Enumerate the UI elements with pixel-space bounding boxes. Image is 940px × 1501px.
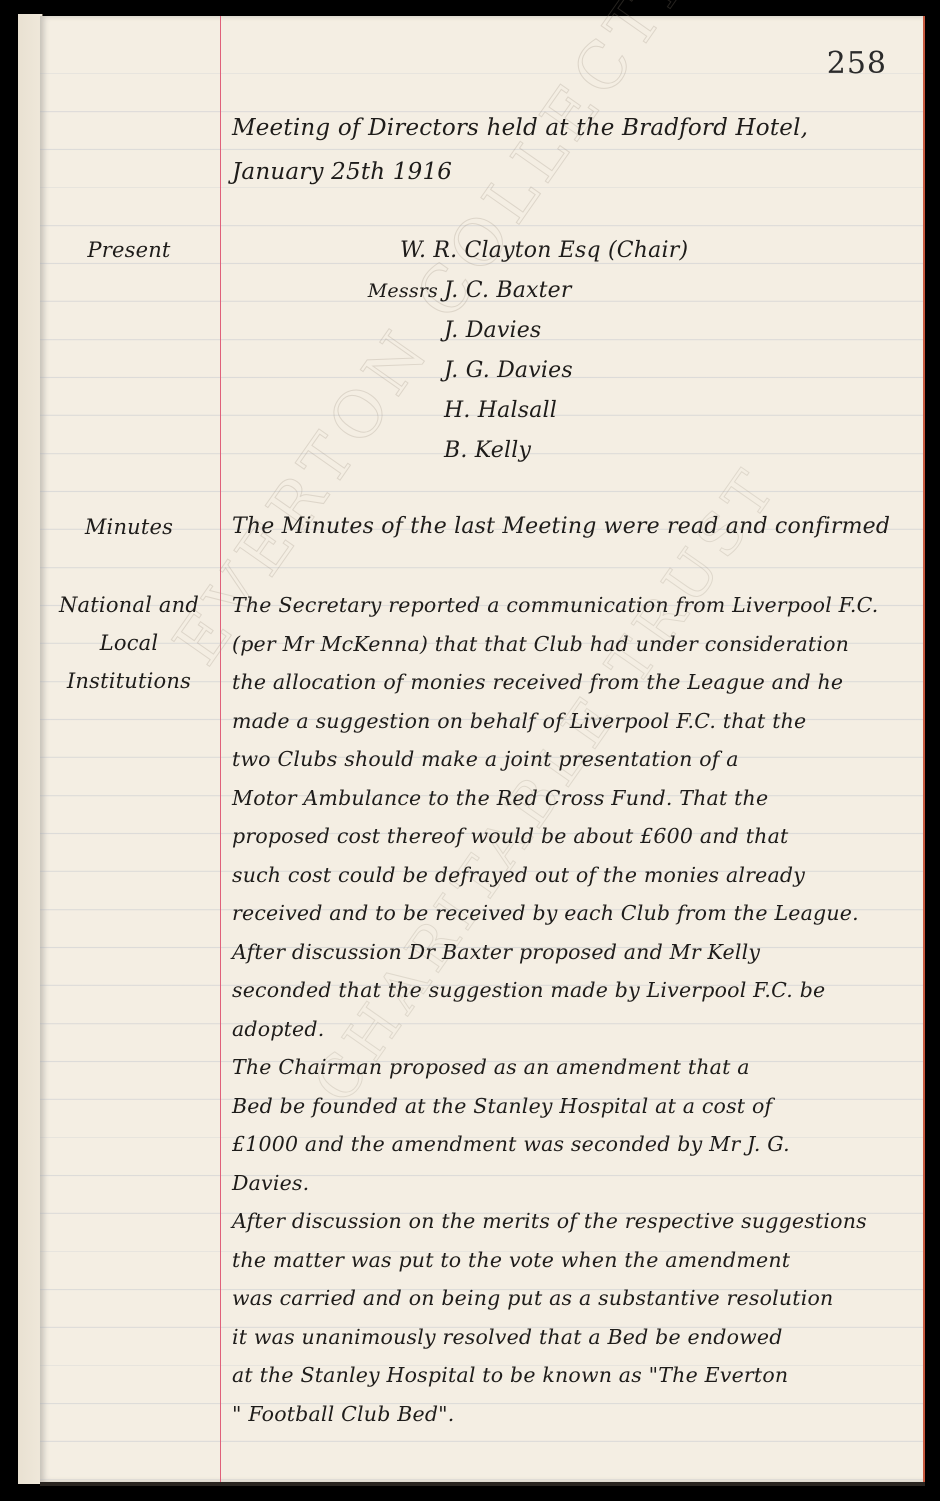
- text-line: The Secretary reported a communication f…: [232, 586, 917, 625]
- present-label: Present: [40, 231, 218, 269]
- label-line: National and: [40, 586, 218, 624]
- text-line: Motor Ambulance to the Red Cross Fund. T…: [232, 779, 917, 818]
- label-line: Local: [40, 624, 218, 662]
- chair-attendee: W. R. Clayton Esq (Chair): [360, 231, 860, 271]
- text-line: it was unanimously resolved that a Bed b…: [232, 1318, 917, 1357]
- national-institutions-text: The Secretary reported a communication f…: [232, 586, 917, 1433]
- minutes-label: Minutes: [40, 508, 218, 546]
- text-line: at the Stanley Hospital to be known as "…: [232, 1356, 917, 1395]
- text-line: The Chairman proposed as an amendment th…: [232, 1048, 917, 1087]
- page-number: 258: [827, 46, 887, 81]
- text-line: seconded that the suggestion made by Liv…: [232, 971, 917, 1010]
- text-line: such cost could be defrayed out of the m…: [232, 856, 917, 895]
- attendee-name: J. G. Davies: [360, 351, 860, 391]
- red-margin-line: [220, 16, 221, 1482]
- ledger-page: EVERTON COLLECTION CHARITABLE TRUST 258 …: [40, 16, 925, 1482]
- attendee-row: Messrs J. C. Baxter: [360, 271, 860, 311]
- attendee-name: H. Halsall: [360, 391, 860, 431]
- text-line: was carried and on being put as a substa…: [232, 1279, 917, 1318]
- text-line: received and to be received by each Club…: [232, 894, 917, 933]
- heading-line-1: Meeting of Directors held at the Bradfor…: [232, 106, 912, 150]
- text-line: (per Mr McKenna) that that Club had unde…: [232, 625, 917, 664]
- text-line: two Clubs should make a joint presentati…: [232, 740, 917, 779]
- page-right-edge: [923, 16, 925, 1482]
- attendee-name: J. C. Baxter: [444, 271, 572, 311]
- text-line: made a suggestion on behalf of Liverpool…: [232, 702, 917, 741]
- messrs-label: Messrs: [360, 271, 444, 311]
- text-line: " Football Club Bed".: [232, 1395, 917, 1434]
- text-line: proposed cost thereof would be about £60…: [232, 817, 917, 856]
- text-line: Davies.: [232, 1164, 917, 1203]
- text-line: the matter was put to the vote when the …: [232, 1241, 917, 1280]
- text-line: £1000 and the amendment was seconded by …: [232, 1125, 917, 1164]
- attendee-name: J. Davies: [360, 311, 860, 351]
- text-line: adopted.: [232, 1010, 917, 1049]
- page-bottom-shadow: [40, 1482, 925, 1486]
- national-institutions-label: National and Local Institutions: [40, 586, 218, 700]
- minutes-text: The Minutes of the last Meeting were rea…: [232, 508, 912, 546]
- text-line: After discussion on the merits of the re…: [232, 1202, 917, 1241]
- attendees-list: W. R. Clayton Esq (Chair) Messrs J. C. B…: [360, 231, 860, 471]
- text-line: Bed be founded at the Stanley Hospital a…: [232, 1087, 917, 1126]
- meeting-heading: Meeting of Directors held at the Bradfor…: [232, 106, 912, 194]
- text-line: After discussion Dr Baxter proposed and …: [232, 933, 917, 972]
- attendee-name: B. Kelly: [360, 431, 860, 471]
- text-line: the allocation of monies received from t…: [232, 663, 917, 702]
- label-line: Institutions: [40, 662, 218, 700]
- heading-line-2: January 25th 1916: [232, 150, 912, 194]
